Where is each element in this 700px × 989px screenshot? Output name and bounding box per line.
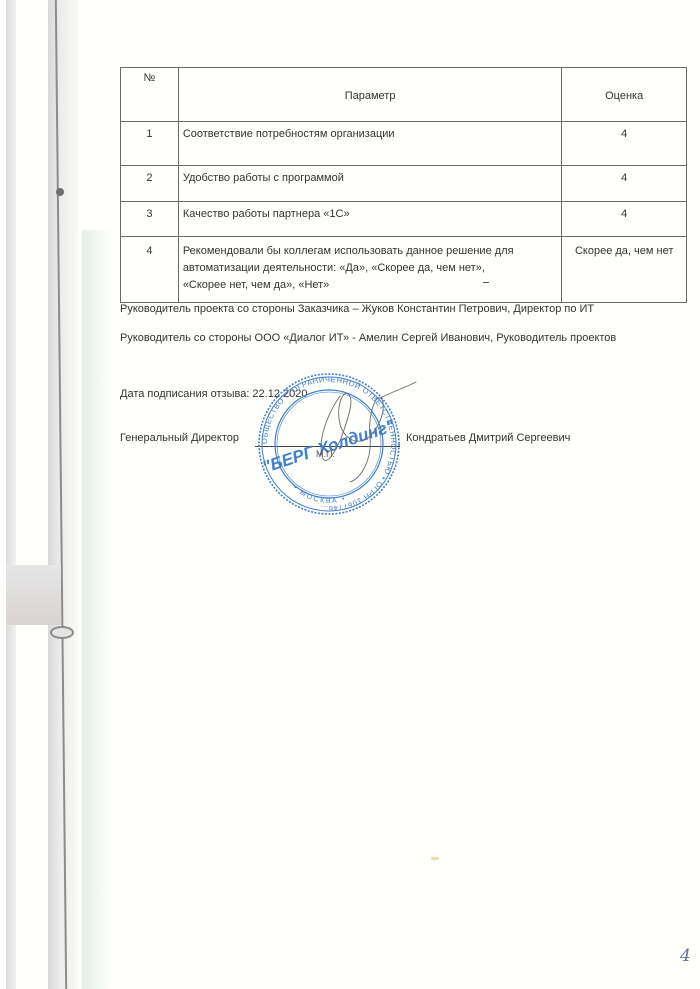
signer-name: Кондратьев Дмитрий Сергеевич bbox=[406, 432, 570, 444]
row-param: Рекомендовали бы коллегам использовать д… bbox=[178, 237, 562, 303]
row-score: 4 bbox=[562, 122, 687, 166]
table-row: 2 Удобство работы с программой 4 bbox=[121, 166, 687, 202]
staple-mark bbox=[50, 626, 74, 639]
signer-position: Генеральный Директор bbox=[120, 432, 239, 444]
table-header-row: № Параметр Оценка bbox=[121, 68, 687, 122]
row-param-line: Рекомендовали бы коллегам использовать д… bbox=[183, 243, 558, 260]
header-score: Оценка bbox=[562, 68, 687, 122]
page-number: 4 bbox=[680, 946, 691, 966]
row-num: 3 bbox=[121, 202, 179, 237]
header-param: Параметр bbox=[178, 68, 562, 122]
scan-fold-shadow bbox=[0, 0, 110, 989]
handwritten-signature bbox=[300, 378, 420, 488]
table-row: 1 Соответствие потребностям организации … bbox=[121, 122, 687, 166]
seal-mark: М.П. bbox=[316, 449, 335, 459]
table-row: 3 Качество работы партнера «1С» 4 bbox=[121, 202, 687, 237]
scan-mark bbox=[483, 282, 489, 283]
punch-hole bbox=[56, 188, 64, 196]
header-num: № bbox=[121, 68, 179, 122]
row-param: Соответствие потребностям организации bbox=[178, 122, 562, 166]
review-table: № Параметр Оценка 1 Соответствие потребн… bbox=[120, 67, 687, 303]
row-score: 4 bbox=[562, 202, 687, 237]
row-num: 4 bbox=[121, 237, 179, 303]
contractor-lead-text: Руководитель со стороны ООО «Диалог ИТ» … bbox=[120, 332, 616, 344]
row-score: Скорее да, чем нет bbox=[562, 237, 687, 303]
scan-speck bbox=[431, 857, 439, 860]
row-param-line: «Скорее нет, чем да», «Нет» bbox=[183, 277, 558, 294]
row-param: Удобство работы с программой bbox=[178, 166, 562, 202]
row-param: Качество работы партнера «1С» bbox=[178, 202, 562, 237]
customer-lead-text: Руководитель проекта со стороны Заказчик… bbox=[120, 303, 594, 315]
row-score: 4 bbox=[562, 166, 687, 202]
row-num: 1 bbox=[121, 122, 179, 166]
table-row: 4 Рекомендовали бы коллегам использовать… bbox=[121, 237, 687, 303]
row-param-line: автоматизации деятельности: «Да», «Скоре… bbox=[183, 260, 558, 277]
row-num: 2 bbox=[121, 166, 179, 202]
